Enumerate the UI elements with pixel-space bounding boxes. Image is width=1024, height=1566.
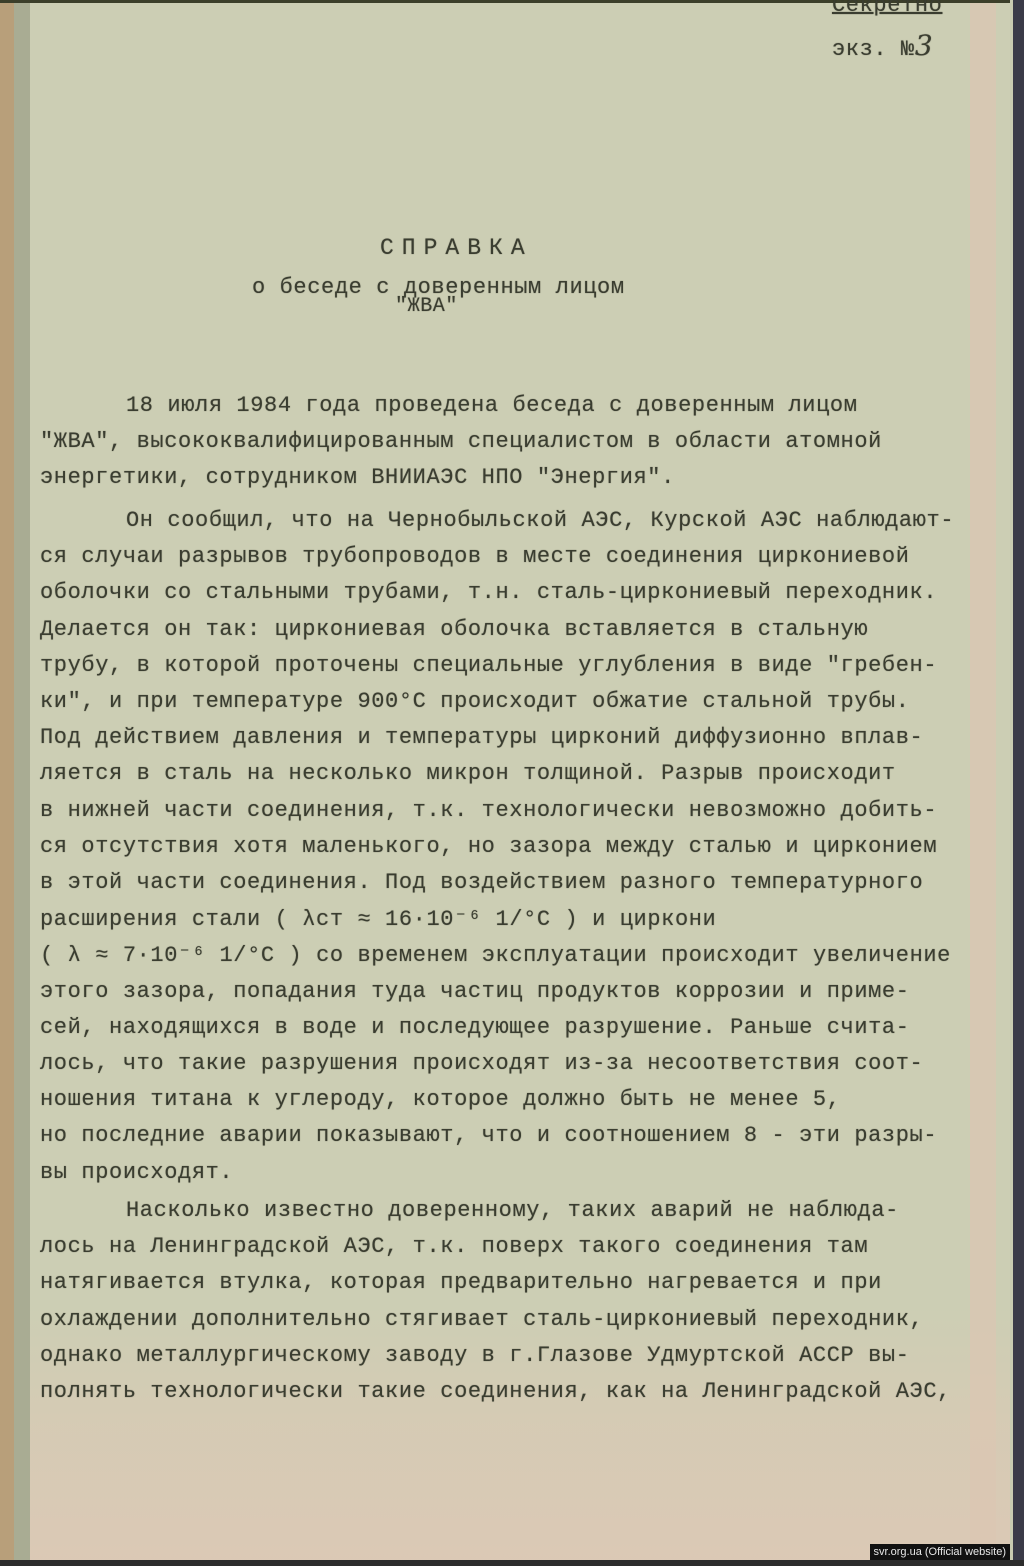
window-border-bottom	[0, 1560, 1024, 1566]
text-line: ся случаи разрывов трубопроводов в месте…	[40, 544, 910, 569]
copy-label: экз. №	[832, 37, 915, 62]
text-line: оболочки со стальными трубами, т.н. стал…	[40, 580, 937, 605]
text-line: трубу, в которой проточены специальные у…	[40, 653, 937, 678]
text-line: охлаждении дополнительно стягивает сталь…	[40, 1307, 923, 1332]
classification-stamp: Секретно	[832, 0, 942, 18]
text-line: в этой части соединения. Под воздействие…	[40, 870, 923, 895]
copy-number: экз. №3	[832, 29, 933, 62]
text-line: этого зазора, попадания туда частиц прод…	[40, 979, 910, 1004]
text-line: лось, что такие разрушения происходят из…	[40, 1051, 923, 1076]
text-line: ляется в сталь на несколько микрон толщи…	[40, 761, 896, 786]
paper-edge	[970, 3, 996, 1563]
text-line: ся отсутствия хотя маленького, но зазора…	[40, 834, 937, 859]
document-codename: "ЖВА"	[395, 295, 458, 318]
text-line: вы происходят.	[40, 1160, 233, 1185]
text-line: но последние аварии показывают, что и со…	[40, 1123, 937, 1148]
text-line: в нижней части соединения, т.к. технолог…	[40, 798, 937, 823]
text-line: 18 июля 1984 года проведена беседа с дов…	[126, 393, 858, 418]
text-line: Под действием давления и температуры цир…	[40, 725, 923, 750]
text-line: расширения стали ( λст ≈ 16·10⁻⁶ 1/°С ) …	[40, 906, 716, 932]
text-line: Он сообщил, что на Чернобыльской АЭС, Ку…	[126, 508, 954, 533]
text-line: ( λ ≈ 7·10⁻⁶ 1/°С ) со временем эксплуат…	[40, 942, 951, 968]
text-line: Делается он так: циркониевая оболочка вс…	[40, 617, 868, 642]
text-line: однако металлургическому заводу в г.Глаз…	[40, 1343, 910, 1368]
text-line: ношения титана к углероду, которое должн…	[40, 1087, 841, 1112]
document-page: Секретно экз. №3 СПРАВКА о беседе с дове…	[0, 0, 1010, 1563]
text-line: Насколько известно доверенному, таких ав…	[126, 1198, 899, 1223]
text-line: натягивается втулка, которая предварител…	[40, 1270, 882, 1295]
text-line: полнять технологически такие соединения,…	[40, 1379, 951, 1404]
text-line: лось на Ленинградской АЭС, т.к. поверх т…	[40, 1234, 868, 1259]
copy-number-handwritten: 3	[915, 29, 933, 62]
document-title: СПРАВКА	[380, 235, 533, 261]
text-line: ки", и при температуре 900°С происходит …	[40, 689, 910, 714]
window-border	[1010, 0, 1024, 1566]
text-line: энергетики, сотрудником ВНИИАЭС НПО "Эне…	[40, 465, 675, 490]
source-watermark: svr.org.ua (Official website)	[870, 1544, 1010, 1560]
text-line: "ЖВА", высококвалифицированным специалис…	[40, 429, 882, 454]
text-line: сей, находящихся в воде и последующее ра…	[40, 1015, 910, 1040]
